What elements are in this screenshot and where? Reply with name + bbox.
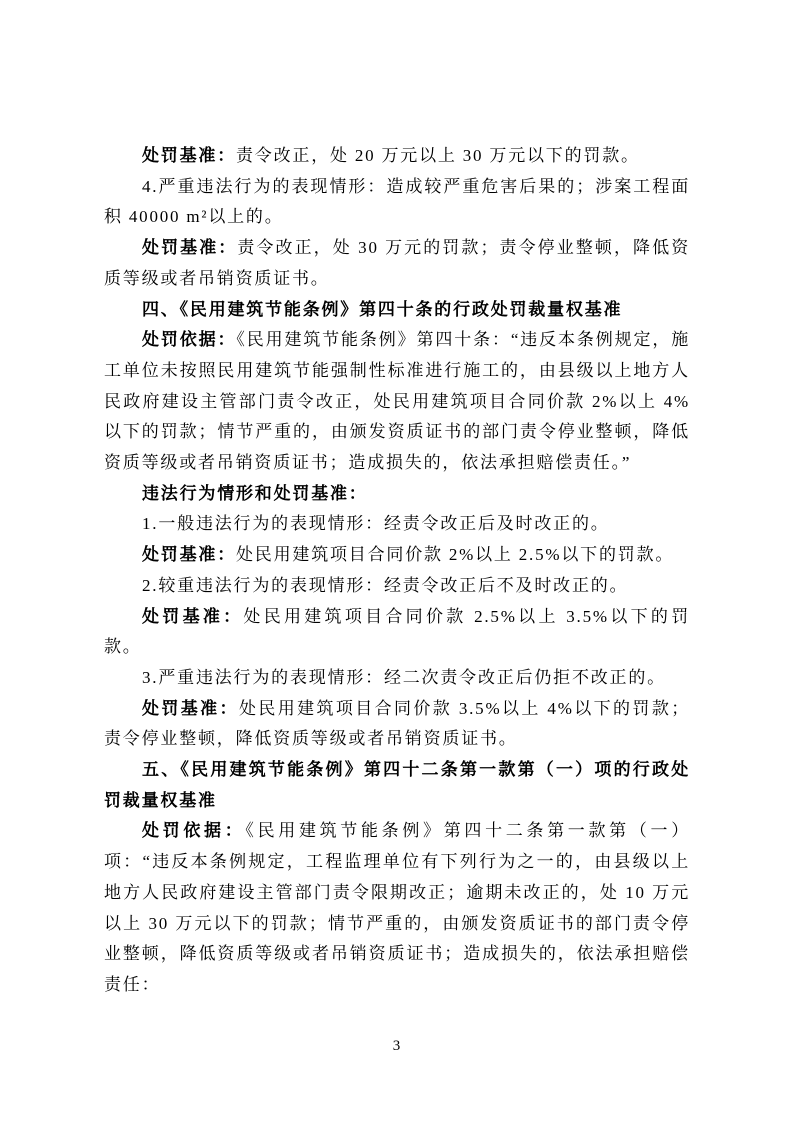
page-number: 3 bbox=[393, 1038, 401, 1054]
text-run-bold: 处罚基准： bbox=[142, 146, 236, 165]
text-run-bold: 处罚基准： bbox=[142, 607, 243, 626]
paragraph: 处罚依据：《民用建筑节能条例》第四十条：“违反本条例规定，施工单位未按照民用建筑… bbox=[104, 325, 690, 479]
text-run: 《民用建筑节能条例》第四十二条第一款第（一）项：“违反本条例规定，工程监理单位有… bbox=[104, 821, 690, 994]
section-heading: 五、《民用建筑节能条例》第四十二条第一款第（一）项的行政处罚裁量权基准 bbox=[104, 755, 690, 816]
text-run-bold: 处罚基准： bbox=[142, 238, 237, 257]
text-run-bold: 四、《民用建筑节能条例》第四十条的行政处罚裁量权基准 bbox=[142, 300, 622, 319]
paragraph: 处罚基准：处民用建筑项目合同价款 3.5%以上 4%以下的罚款；责令停业整顿，降… bbox=[104, 694, 690, 755]
text-run: 《民用建筑节能条例》第四十条：“违反本条例规定，施工单位未按照民用建筑节能强制性… bbox=[104, 330, 690, 472]
text-run-bold: 五、《民用建筑节能条例》第四十二条第一款第（一）项的行政处罚裁量权基准 bbox=[104, 760, 690, 810]
paragraph: 处罚依据：《民用建筑节能条例》第四十二条第一款第（一）项：“违反本条例规定，工程… bbox=[104, 816, 690, 1000]
paragraph: 处罚基准：责令改正，处 20 万元以上 30 万元以下的罚款。 bbox=[104, 141, 690, 172]
paragraph: 1.一般违法行为的表现情形：经责令改正后及时改正的。 bbox=[104, 509, 690, 540]
text-run-bold: 处罚基准： bbox=[142, 545, 236, 564]
paragraph: 2.较重违法行为的表现情形：经责令改正后不及时改正的。 bbox=[104, 571, 690, 602]
paragraph: 处罚基准：处民用建筑项目合同价款 2%以上 2.5%以下的罚款。 bbox=[104, 540, 690, 571]
section-heading: 四、《民用建筑节能条例》第四十条的行政处罚裁量权基准 bbox=[104, 295, 690, 326]
paragraph: 处罚基准：处民用建筑项目合同价款 2.5%以上 3.5%以下的罚款。 bbox=[104, 602, 690, 663]
document-body: 处罚基准：责令改正，处 20 万元以上 30 万元以下的罚款。4.严重违法行为的… bbox=[104, 141, 690, 1001]
text-run-bold: 处罚依据： bbox=[142, 330, 236, 349]
text-run: 3.严重违法行为的表现情形：经二次责令改正后仍拒不改正的。 bbox=[142, 668, 666, 687]
text-run-bold: 处罚依据： bbox=[142, 821, 245, 840]
page-footer: 3 bbox=[0, 1035, 793, 1057]
paragraph: 违法行为情形和处罚基准： bbox=[104, 479, 690, 510]
text-run-bold: 违法行为情形和处罚基准： bbox=[142, 484, 368, 503]
text-run: 2.较重违法行为的表现情形：经责令改正后不及时改正的。 bbox=[142, 576, 628, 595]
text-run: 1.一般违法行为的表现情形：经责令改正后及时改正的。 bbox=[142, 514, 610, 533]
paragraph: 处罚基准：责令改正，处 30 万元的罚款；责令停业整顿，降低资质等级或者吊销资质… bbox=[104, 233, 690, 294]
text-run-bold: 处罚基准： bbox=[142, 699, 239, 718]
text-run: 责令改正，处 20 万元以上 30 万元以下的罚款。 bbox=[236, 146, 640, 165]
paragraph: 4.严重违法行为的表现情形：造成较严重危害后果的；涉案工程面积 40000 m²… bbox=[104, 172, 690, 233]
text-run: 4.严重违法行为的表现情形：造成较严重危害后果的；涉案工程面积 40000 m²… bbox=[104, 177, 690, 227]
paragraph: 3.严重违法行为的表现情形：经二次责令改正后仍拒不改正的。 bbox=[104, 663, 690, 694]
text-run: 处民用建筑项目合同价款 2%以上 2.5%以下的罚款。 bbox=[236, 545, 674, 564]
document-page: 处罚基准：责令改正，处 20 万元以上 30 万元以下的罚款。4.严重违法行为的… bbox=[0, 0, 793, 1122]
